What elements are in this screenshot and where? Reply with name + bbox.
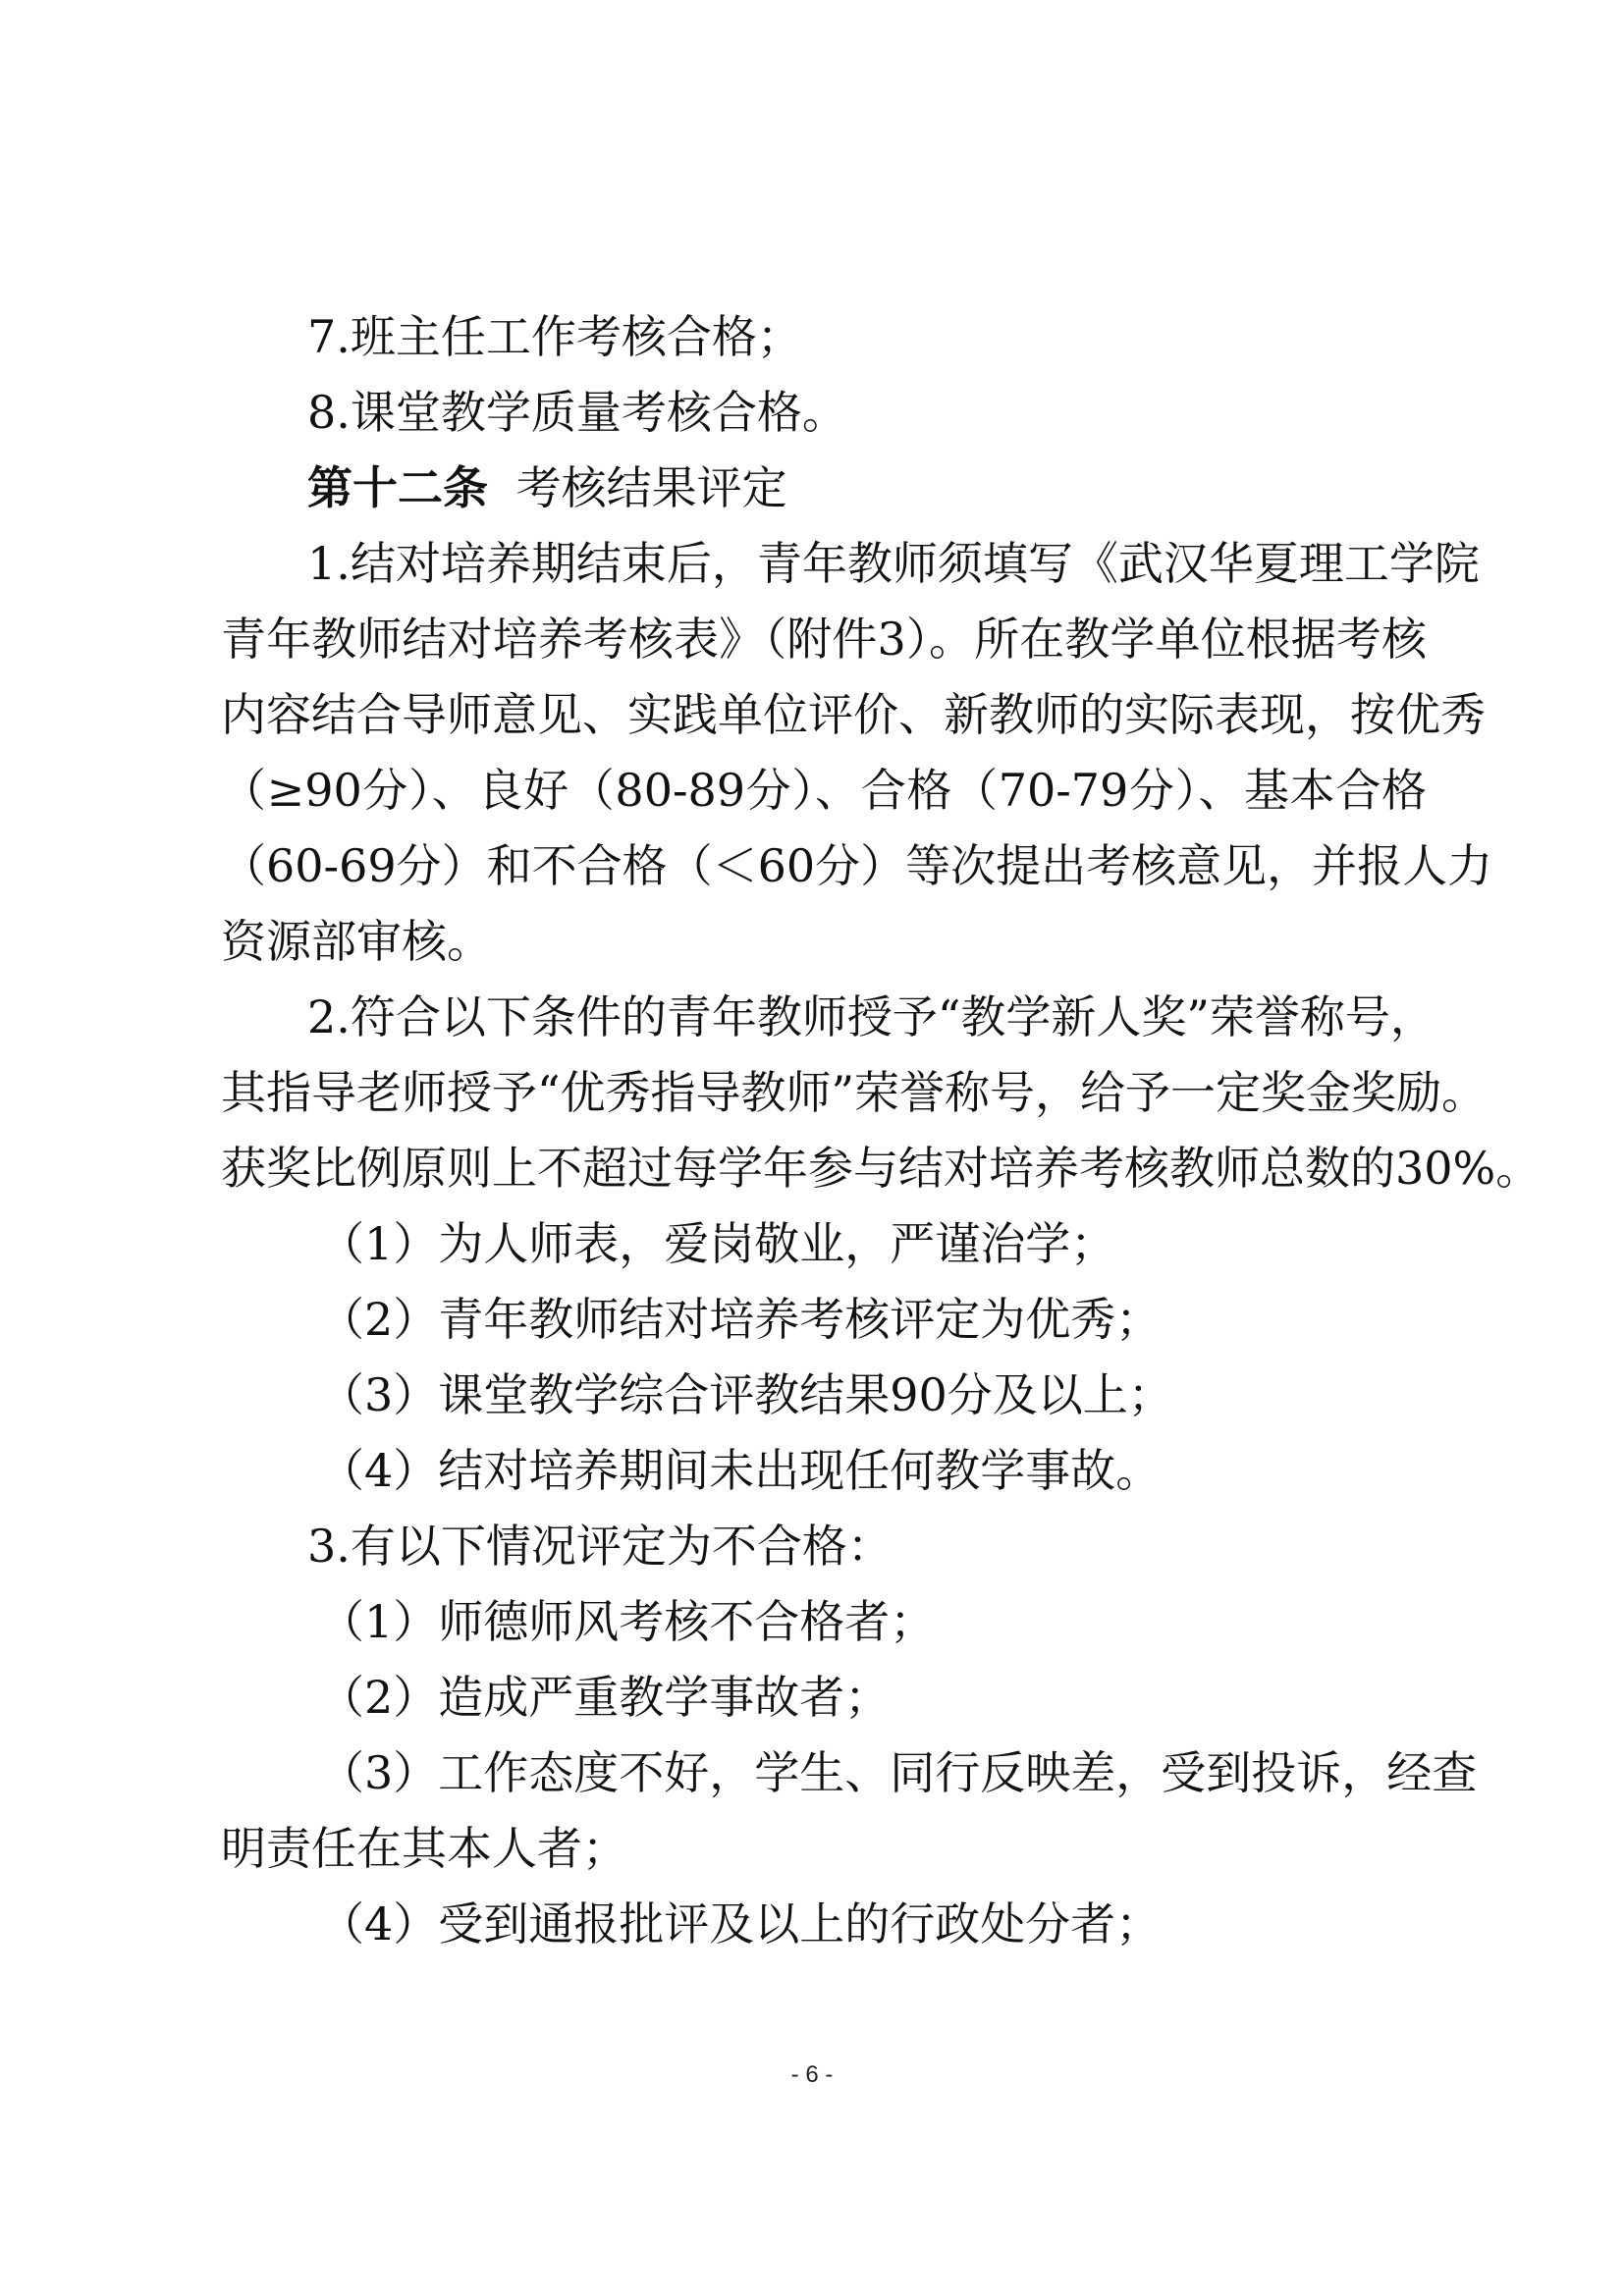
para2-line-1: 2.符合以下条件的青年教师授予“教学新人奖”荣誉称号， xyxy=(221,980,1427,1055)
para2-condition-2: （2）青年教师结对培养考核评定为优秀； xyxy=(221,1282,1427,1358)
para2-condition-1: （1）为人师表，爱岗敬业，严谨治学； xyxy=(221,1206,1427,1282)
para3-condition-2: （2）造成严重教学事故者； xyxy=(221,1660,1427,1735)
page-number: - 6 - xyxy=(0,2061,1624,2089)
document-page: 7.班主任工作考核合格； 8.课堂教学质量考核合格。 第十二条 考核结果评定 1… xyxy=(0,0,1624,2296)
para2-condition-3: （3）课堂教学综合评教结果90分及以上； xyxy=(221,1358,1427,1433)
para1-line-2: 青年教师结对培养考核表》（附件3）。所在教学单位根据考核 xyxy=(221,602,1427,677)
para1-line-6: 资源部审核。 xyxy=(221,904,1427,980)
para1-line-4: （≥90分）、良好（80-89分）、合格（70-79分）、基本合格 xyxy=(221,753,1427,828)
para2-condition-4: （4）结对培养期间未出现任何教学事故。 xyxy=(221,1433,1427,1509)
para3-condition-1: （1）师德师风考核不合格者； xyxy=(221,1584,1427,1660)
article-number: 第十二条 xyxy=(307,461,488,514)
para3-intro: 3.有以下情况评定为不合格： xyxy=(221,1509,1427,1584)
para3-condition-4: （4）受到通报批评及以上的行政处分者； xyxy=(221,1887,1427,1962)
para1-line-3: 内容结合导师意见、实践单位评价、新教师的实际表现，按优秀 xyxy=(221,677,1427,753)
item-7: 7.班主任工作考核合格； xyxy=(221,299,1427,375)
para2-line-2: 其指导老师授予“优秀指导教师”荣誉称号，给予一定奖金奖励。 xyxy=(221,1055,1427,1131)
para1-line-1: 1.结对培养期结束后，青年教师须填写《武汉华夏理工学院 xyxy=(221,526,1427,602)
para2-line-3: 获奖比例原则上不超过每学年参与结对培养考核教师总数的30%。 xyxy=(221,1131,1427,1206)
article-title: 考核结果评定 xyxy=(516,461,787,514)
article-heading: 第十二条 考核结果评定 xyxy=(221,451,1427,526)
para3-condition-3-line-2: 明责任在其本人者； xyxy=(221,1811,1427,1887)
para1-line-5: （60-69分）和不合格（＜60分）等次提出考核意见，并报人力 xyxy=(221,828,1427,904)
para3-condition-3-line-1: （3）工作态度不好，学生、同行反映差，受到投诉，经查 xyxy=(221,1735,1427,1811)
item-8: 8.课堂教学质量考核合格。 xyxy=(221,375,1427,451)
